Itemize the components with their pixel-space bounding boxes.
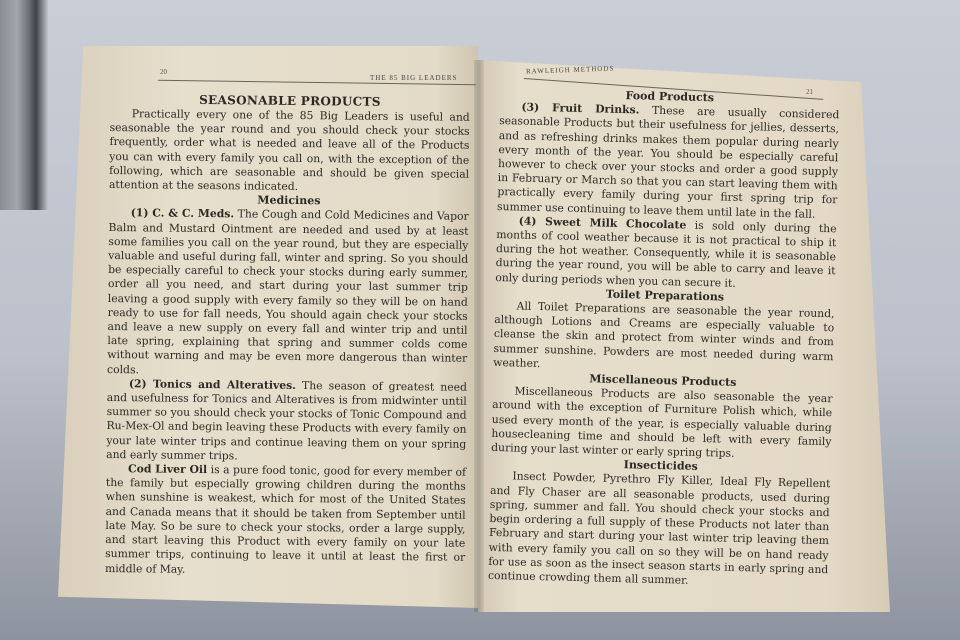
lead-text: Cod Liver Oil: [128, 462, 207, 476]
right-page-content: Food Products (3) Fruit Drinks. These ar…: [488, 86, 840, 591]
paragraph-toilet-preparations: All Toilet Preparations are seasonable t…: [493, 299, 835, 378]
left-page-number: 20: [160, 68, 167, 76]
lead-text: (2) Tonics and Alteratives.: [129, 377, 296, 392]
lead-text: (3) Fruit Drinks.: [521, 101, 639, 117]
lead-text: (1) C. & C. Meds.: [131, 207, 235, 221]
paragraph-cod-liver-oil: Cod Liver Oil is a pure food tonic, good…: [105, 462, 466, 579]
book-gutter: [474, 60, 484, 612]
body-text: is a pure food tonic, good for every mem…: [105, 463, 466, 575]
body-text: These are usually considered seasonable …: [497, 104, 840, 221]
paragraph-tonics: (2) Tonics and Alteratives. The season o…: [106, 377, 467, 466]
paragraph-miscellaneous: Miscellaneous Products are also seasonab…: [491, 384, 833, 463]
left-running-head: THE 85 BIG LEADERS: [370, 74, 457, 82]
paragraph-sweet-milk-chocolate: (4) Sweet Milk Chocolate is sold only du…: [495, 214, 837, 293]
paragraph-insecticides: Insect Powder, Pyrethro Fly Killer, Idea…: [488, 469, 831, 591]
left-page-content: SEASONABLE PRODUCTS Practically every on…: [105, 92, 470, 579]
paragraph-fruit-drinks: (3) Fruit Drinks. These are usually cons…: [497, 100, 840, 222]
intro-paragraph: Practically every one of the 85 Big Lead…: [109, 107, 470, 196]
binder-edge: [0, 0, 48, 210]
body-text: The Cough and Cold Medicines and Vapor B…: [107, 208, 469, 376]
paragraph-cc-meds: (1) C. & C. Meds. The Cough and Cold Med…: [107, 206, 469, 380]
